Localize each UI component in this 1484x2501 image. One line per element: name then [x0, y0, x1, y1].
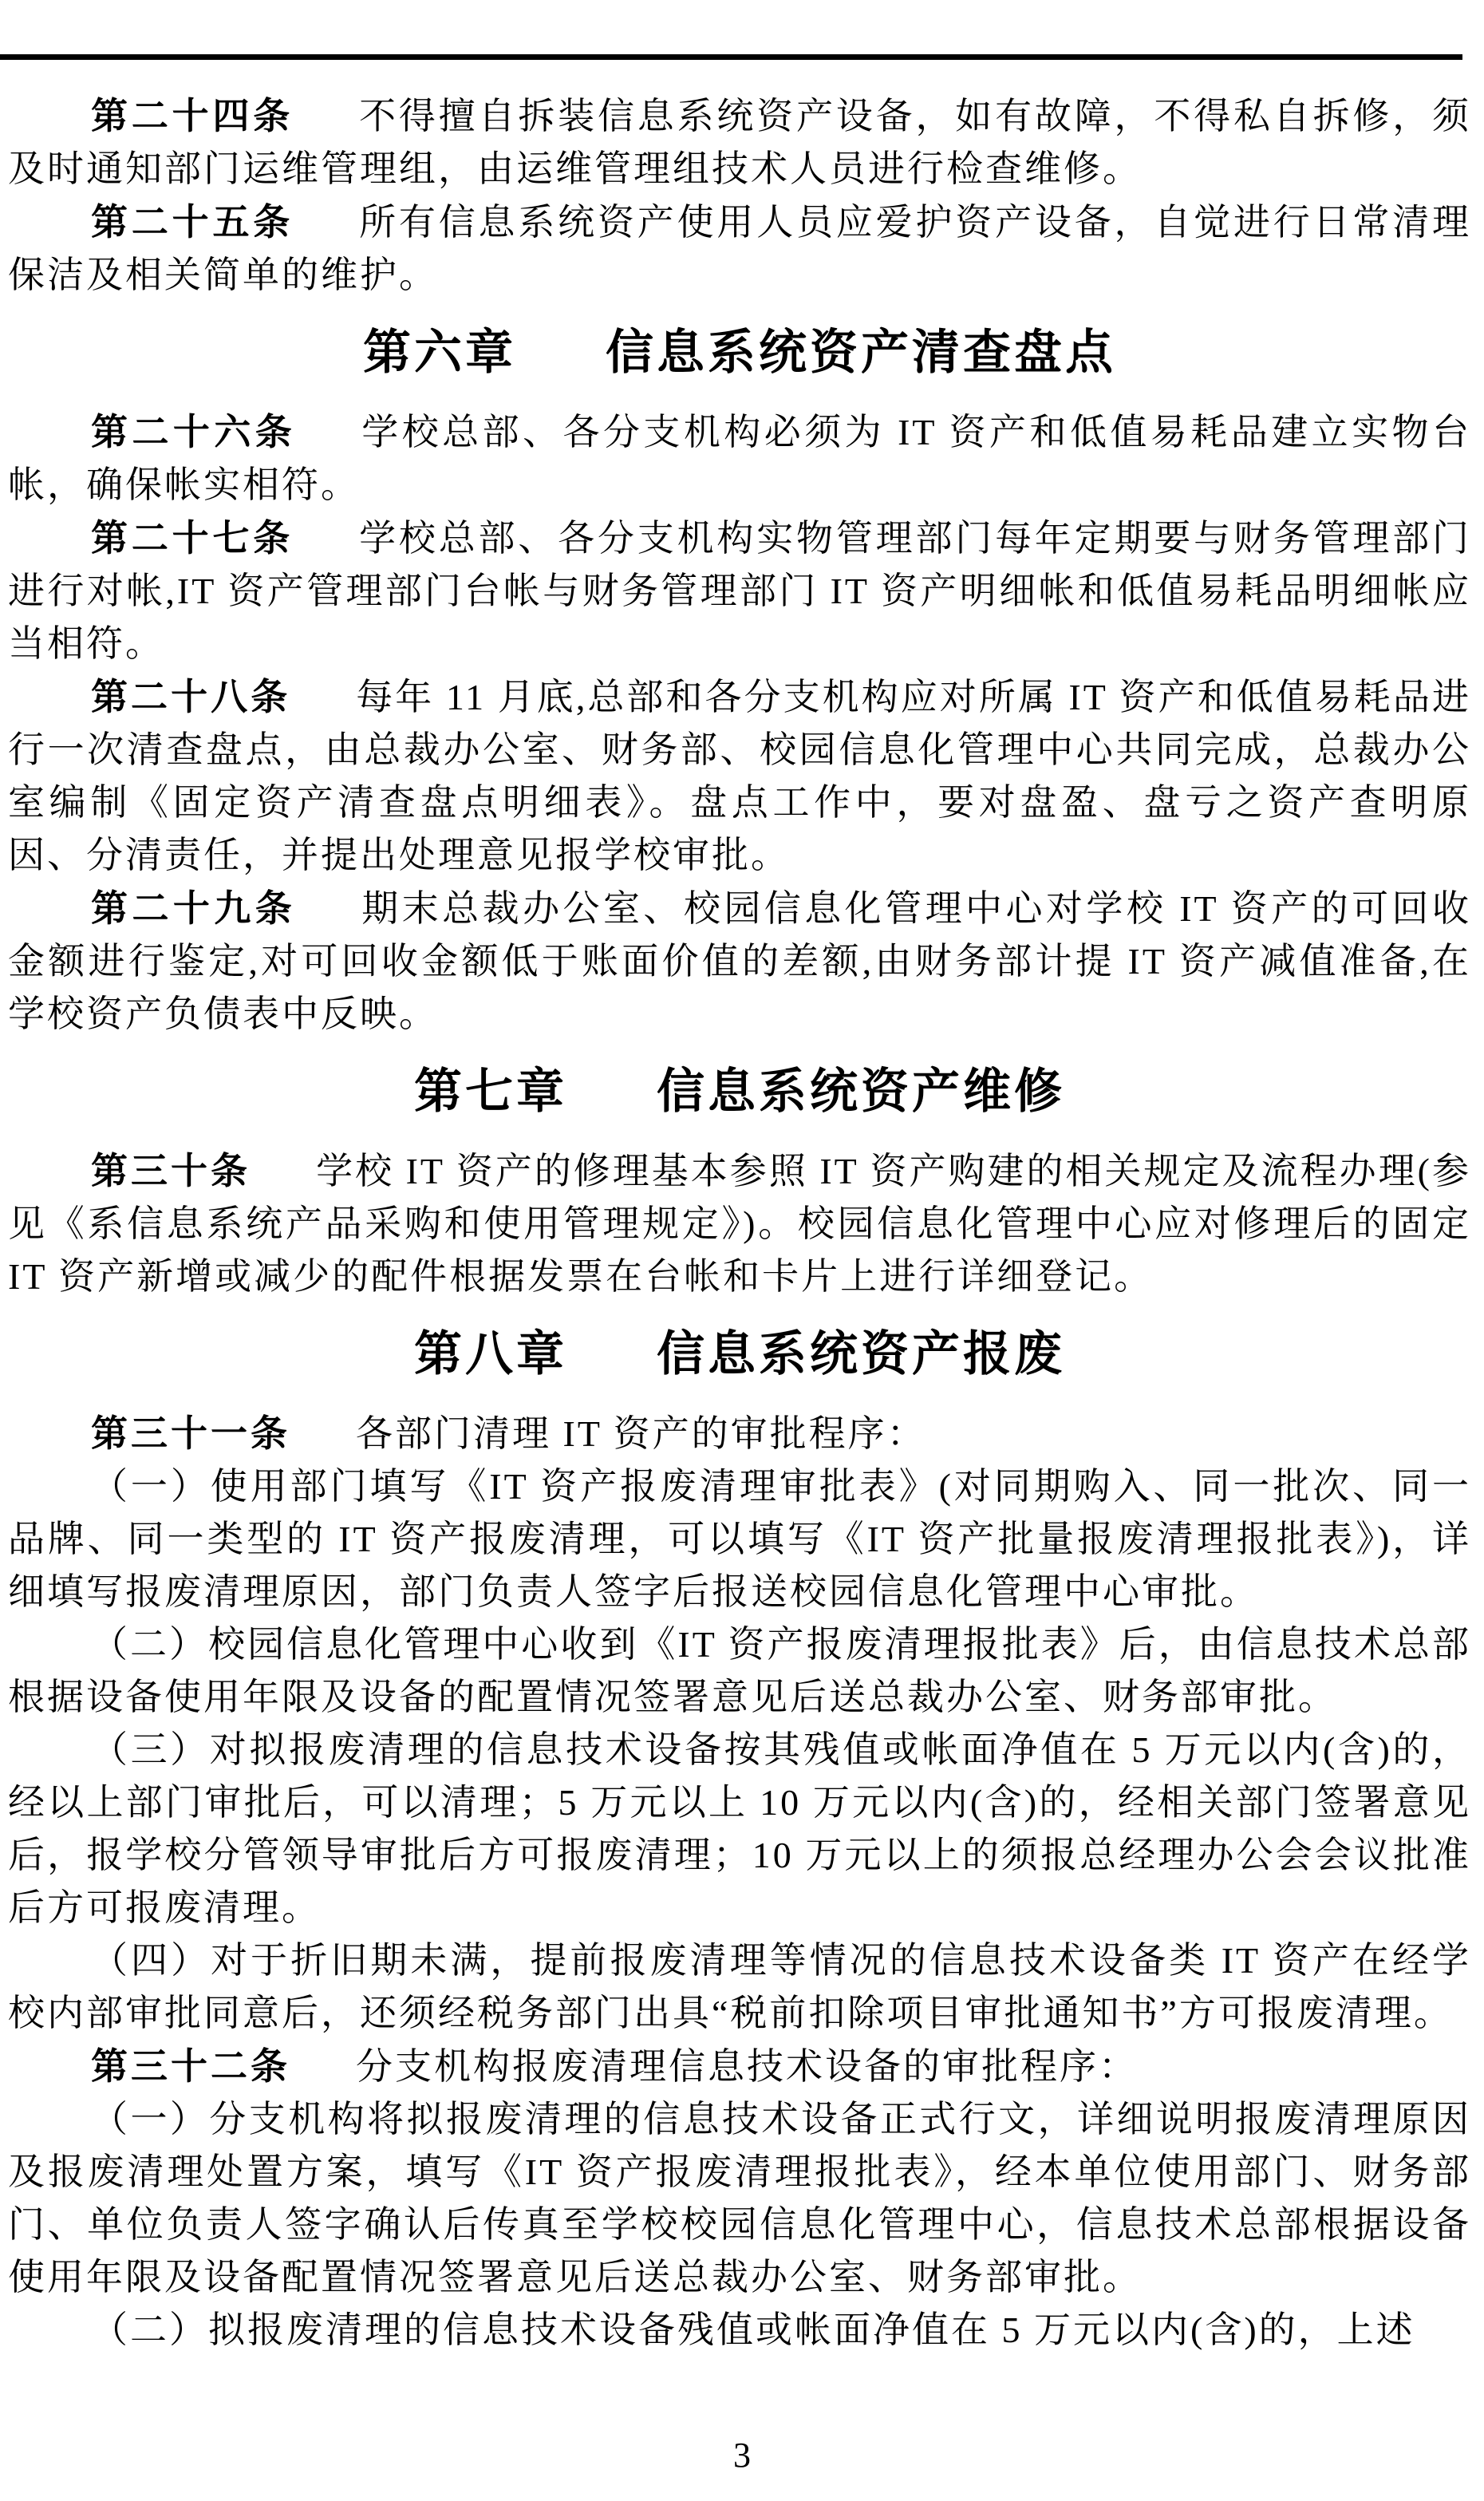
article-32-item-1: （一）分支机构将拟报废清理的信息技术设备正式行文，详细说明报废清理原因及报废清理…: [8, 2093, 1471, 2304]
article-31-item-1: （一）使用部门填写《IT 资产报废清理审批表》(对同期购入、同一批次、同一品牌、…: [8, 1460, 1471, 1618]
chapter-7-number: 第七章: [414, 1065, 567, 1118]
article-31-item-3: （三）对拟报废清理的信息技术设备按其残值或帐面净值在 5 万元以内(含)的，经以…: [8, 1724, 1471, 1934]
article-31-text: 各部门清理 IT 资产的审批程序：: [356, 1413, 926, 1454]
article-32-text: 分支机构报废清理信息技术设备的审批程序：: [356, 2046, 1138, 2087]
article-32-paragraph: 第三十二条分支机构报废清理信息技术设备的审批程序：: [8, 2040, 1471, 2093]
chapter-8-title: 信息系统资产报废: [657, 1327, 1065, 1381]
chapter-7-heading: 第七章信息系统资产维修: [8, 1058, 1471, 1125]
article-32-item-2: （二）拟报废清理的信息技术设备残值或帐面净值在 5 万元以内(含)的，上述: [8, 2304, 1471, 2357]
article-29-number: 第二十九条: [91, 887, 296, 929]
chapter-8-number: 第八章: [414, 1327, 567, 1381]
article-31-paragraph: 第三十一条各部门清理 IT 资产的审批程序：: [8, 1407, 1471, 1460]
article-26-number: 第二十六条: [91, 411, 296, 452]
chapter-6-title: 信息系统资产清查盘点: [606, 326, 1116, 379]
document-body: 第二十四条不得擅自拆装信息系统资产设备，如有故障，不得私自拆修，须及时通知部门运…: [8, 89, 1471, 2357]
chapter-7-title: 信息系统资产维修: [657, 1065, 1065, 1118]
article-31-item-4: （四）对于折旧期未满，提前报废清理等情况的信息技术设备类 IT 资产在经学校内部…: [8, 1934, 1471, 2040]
article-31-item-2: （二）校园信息化管理中心收到《IT 资产报废清理报批表》后，由信息技术总部根据设…: [8, 1618, 1471, 1724]
article-25-number: 第二十五条: [91, 201, 294, 243]
header-rule: [0, 54, 1462, 60]
chapter-6-number: 第六章: [363, 326, 516, 379]
article-29-paragraph: 第二十九条期末总裁办公室、校园信息化管理中心对学校 IT 资产的可回收金额进行鉴…: [8, 882, 1471, 1041]
article-24-number: 第二十四条: [91, 95, 294, 136]
article-28-number: 第二十八条: [91, 676, 290, 717]
article-27-paragraph: 第二十七条学校总部、各分支机构实物管理部门每年定期要与财务管理部门进行对帐,IT…: [8, 512, 1471, 670]
article-24-paragraph: 第二十四条不得擅自拆装信息系统资产设备，如有故障，不得私自拆修，须及时通知部门运…: [8, 89, 1471, 196]
article-27-number: 第二十七条: [91, 517, 294, 559]
chapter-6-heading: 第六章信息系统资产清查盘点: [8, 319, 1471, 386]
article-31-number: 第三十一条: [91, 1412, 290, 1454]
article-32-number: 第三十二条: [91, 2045, 290, 2087]
article-30-paragraph: 第三十条学校 IT 资产的修理基本参照 IT 资产购建的相关规定及流程办理(参见…: [8, 1144, 1471, 1303]
article-26-paragraph: 第二十六条学校总部、各分支机构必须为 IT 资产和低值易耗品建立实物台帐，确保帐…: [8, 405, 1471, 512]
page-number: 3: [0, 2436, 1484, 2475]
article-30-number: 第三十条: [91, 1150, 251, 1191]
article-25-paragraph: 第二十五条所有信息系统资产使用人员应爱护资产设备，自觉进行日常清理保洁及相关简单…: [8, 196, 1471, 302]
document-page: 第二十四条不得擅自拆装信息系统资产设备，如有故障，不得私自拆修，须及时通知部门运…: [0, 0, 1484, 2501]
article-28-paragraph: 第二十八条每年 11 月底,总部和各分支机构应对所属 IT 资产和低值易耗品进行…: [8, 670, 1471, 882]
chapter-8-heading: 第八章信息系统资产报废: [8, 1321, 1471, 1388]
